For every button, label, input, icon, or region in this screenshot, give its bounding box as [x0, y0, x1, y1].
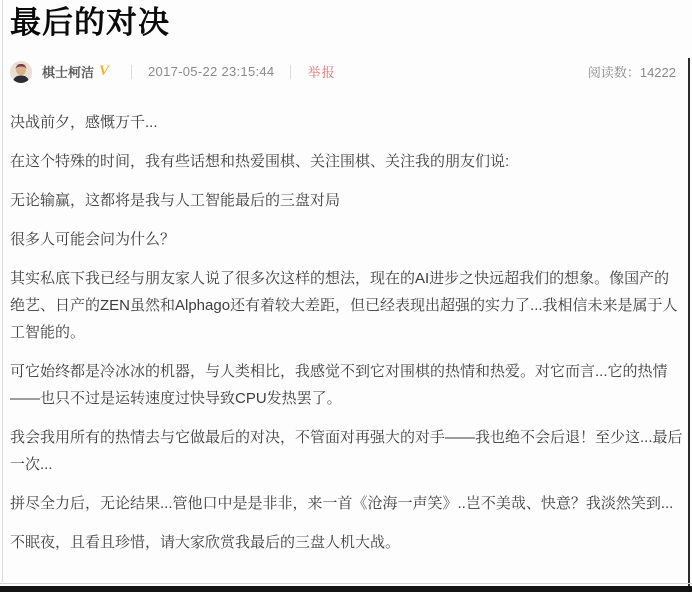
page-bottom-divider — [0, 583, 692, 584]
article-paragraph: 在这个特殊的时间，我有些话想和热爱围棋、关注围棋、关注我的朋友们说: — [10, 148, 684, 175]
article-paragraph: 可它始终都是冷冰冰的机器，与人类相比，我感觉不到它对围棋的热情和热爱。对它而言.… — [10, 358, 684, 412]
post-page: 最后的对决 棋士柯洁 V 2017-05-22 23:15:44 举报 阅读数：… — [0, 0, 692, 592]
post-meta-bar: 棋士柯洁 V 2017-05-22 23:15:44 举报 阅读数：14222 — [10, 59, 680, 85]
avatar[interactable] — [10, 61, 32, 83]
read-count: 阅读数：14222 — [588, 62, 676, 81]
page-title: 最后的对决 — [10, 4, 680, 43]
post-date: 2017-05-22 23:15:44 — [148, 64, 274, 79]
article-paragraph: 其实私底下我已经与朋友家人说了很多次这样的想法，现在的AI进步之快远超我们的想象… — [10, 265, 684, 346]
article-paragraph: 很多人可能会问为什么？ — [10, 226, 684, 253]
article-paragraph: 无论输赢，这都将是我与人工智能最后的三盘对局 — [10, 187, 684, 214]
meta-divider — [290, 65, 291, 79]
window-bottom-edge — [0, 586, 692, 592]
article-body: 决战前夕，感慨万千... 在这个特殊的时间，我有些话想和热爱围棋、关注围棋、关注… — [10, 109, 684, 556]
window-right-edge — [688, 58, 690, 592]
article-paragraph: 决战前夕，感慨万千... — [10, 109, 684, 136]
verified-badge-icon: V — [99, 63, 109, 80]
article-paragraph: 拼尽全力后，无论结果...管他口中是是非非，来一首《沧海一声笑》..岂不美哉、快… — [10, 490, 684, 517]
author-name[interactable]: 棋士柯洁 — [42, 62, 94, 81]
read-count-value: 14222 — [640, 65, 676, 80]
article-paragraph: 我会我用所有的热情去与它做最后的对决，不管面对再强大的对手——我也绝不会后退！至… — [10, 424, 684, 478]
meta-divider — [131, 65, 132, 79]
avatar-image — [10, 61, 32, 83]
article-paragraph: 不眠夜，且看且珍惜，请大家欣赏我最后的三盘人机大战。 — [10, 529, 684, 556]
read-count-label: 阅读数： — [588, 65, 640, 80]
page-left-border — [2, 0, 3, 582]
report-link[interactable]: 举报 — [307, 62, 335, 81]
